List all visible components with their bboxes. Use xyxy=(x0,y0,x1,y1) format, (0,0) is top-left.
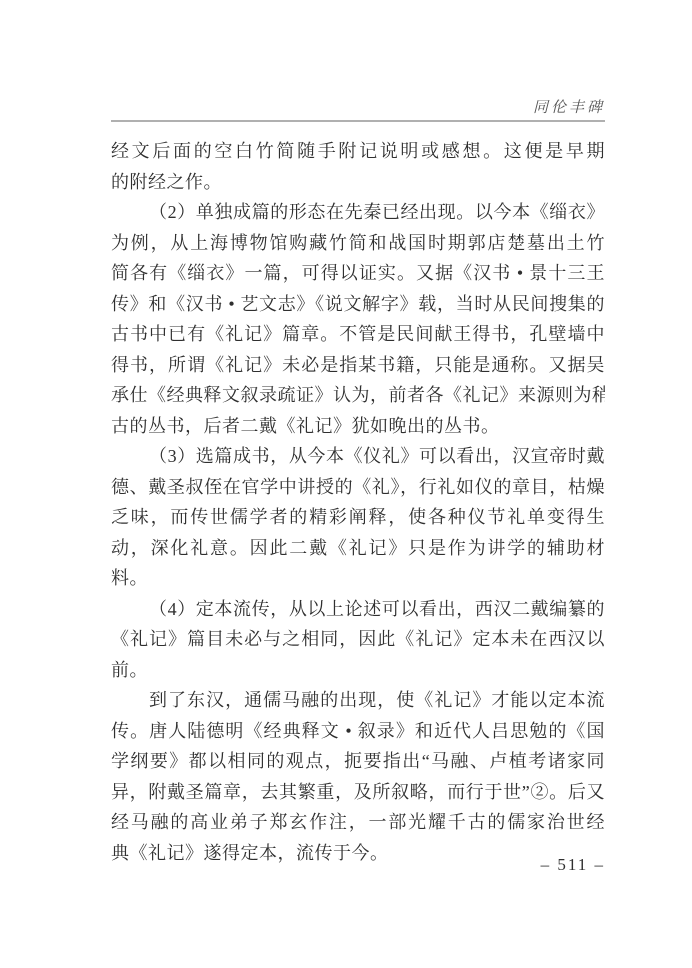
text-line: 经马融的高业弟子郑玄作注，一部光耀千古的儒家治世经 xyxy=(111,807,605,838)
text-line: 异，附戴圣篇章，去其繁重，及所叙略，而行于世”②。后又 xyxy=(111,777,605,808)
text-line: 学纲要》都以相同的观点，扼要指出“马融、卢植考诸家同 xyxy=(111,746,605,777)
text-line: 《礼记》篇目未必与之相同，因此《礼记》定本未在西汉以 xyxy=(111,624,605,655)
text-line: 德、戴圣叔侄在官学中讲授的《礼》，行礼如仪的章目，枯燥 xyxy=(111,472,605,503)
text-line: 为例，从上海博物馆购藏竹简和战国时期郭店楚墓出土竹 xyxy=(111,228,605,259)
text-line: 到了东汉，通儒马融的出现，使《礼记》才能以定本流 xyxy=(111,685,605,716)
text-line: （4）定本流传，从以上论述可以看出，西汉二戴编纂的 xyxy=(111,594,605,625)
body-text: 经文后面的空白竹简随手附记说明或感想。这便是早期的附经之作。（2）单独成篇的形态… xyxy=(111,136,605,868)
text-line: 古书中已有《礼记》篇章。不管是民间献王得书，孔壁墙中 xyxy=(111,319,605,350)
text-line: 的附经之作。 xyxy=(111,167,605,198)
running-head: 同伦丰碑 xyxy=(111,96,605,117)
text-line: 古的丛书，后者二戴《礼记》犹如晚出的丛书。 xyxy=(111,411,605,442)
text-line: 料。 xyxy=(111,563,605,594)
text-line: （2）单独成篇的形态在先秦已经出现。以今本《缁衣》 xyxy=(111,197,605,228)
text-line: 传。唐人陆德明《经典释文 • 叙录》和近代人吕思勉的《国 xyxy=(111,716,605,747)
page-number: – 511 – xyxy=(111,855,605,875)
text-line: 乏味，而传世儒学者的精彩阐释，使各种仪节礼单变得生 xyxy=(111,502,605,533)
text-line: 前。 xyxy=(111,655,605,686)
text-line: （3）选篇成书，从今本《仪礼》可以看出，汉宣帝时戴 xyxy=(111,441,605,472)
text-line: 传》和《汉书 • 艺文志》《说文解字》载，当时从民间搜集的 xyxy=(111,289,605,320)
text-line: 经文后面的空白竹简随手附记说明或感想。这便是早期 xyxy=(111,136,605,167)
header-rule xyxy=(111,120,605,122)
book-page: 同伦丰碑 经文后面的空白竹简随手附记说明或感想。这便是早期的附经之作。（2）单独… xyxy=(0,0,692,968)
text-line: 得书，所谓《礼记》未必是指某书籍，只能是通称。又据吴 xyxy=(111,350,605,381)
text-line: 动，深化礼意。因此二戴《礼记》只是作为讲学的辅助材 xyxy=(111,533,605,564)
text-line: 承仕《经典释文叙录疏证》认为，前者各《礼记》来源则为稍 xyxy=(111,380,605,411)
text-line: 简各有《缁衣》一篇，可得以证实。又据《汉书 • 景十三王 xyxy=(111,258,605,289)
